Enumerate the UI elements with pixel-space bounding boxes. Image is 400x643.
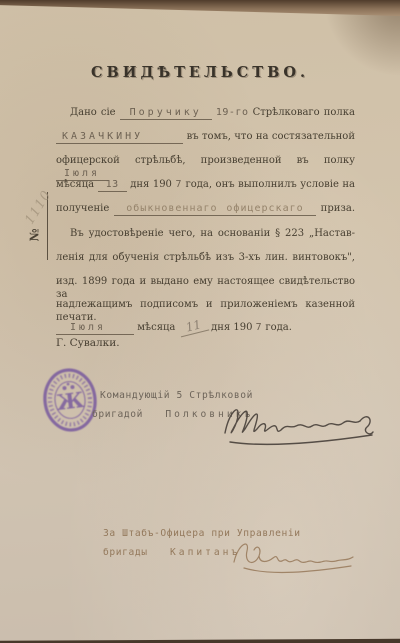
staff-officer-title-line-2: бригады Капитанъ (103, 547, 240, 558)
printed-text: года, онъ выполнилъ условіе на (186, 179, 356, 190)
typed-year-digit: 7 (256, 322, 263, 333)
document-photo: СВИДѢТЕЛЬСТВО. № 1110 Дано сіе Поручику … (0, 0, 400, 643)
typed-surname-insert: КАЗАЧКИНУ (56, 131, 183, 144)
printed-text: года. (265, 322, 292, 333)
form-line-1: Дано сіе Поручику 19-го Стрѣлковаго полк… (56, 106, 355, 119)
form-line-4: мѣсяца 13 дня 190 7 года, онъ выполнилъ … (56, 178, 355, 191)
printed-text: полученіе (56, 203, 109, 214)
typed-month-insert: Іюля (56, 322, 134, 335)
imperial-double-eagle-seal-icon: Ж (42, 366, 98, 434)
printed-text: дня 190 (211, 322, 252, 333)
captain-signature (226, 536, 362, 578)
form-line-3: офицерской стрѣльбѣ, произведенной въ по… (56, 154, 355, 180)
number-label: № (28, 228, 42, 241)
printed-text: мѣсяца (137, 322, 175, 333)
city-line: Г. Сувалки. (56, 337, 120, 349)
form-line-6: Въ удостовѣреніе чего, на основаніи § 22… (56, 227, 355, 240)
printed-text: мѣсяца (56, 179, 94, 190)
typed-regiment-number: 19-го (216, 107, 249, 118)
typed-prize-insert: обыкновеннаго офицерскаго (114, 203, 315, 216)
certificate-title: СВИДѢТЕЛЬСТВО. (0, 64, 400, 81)
typed-text: бригады (103, 547, 148, 558)
printed-text: офицерской стрѣльбѣ, произведенной въ по… (56, 155, 355, 166)
typed-year-digit: 7 (175, 179, 182, 190)
form-line-10-date: Іюля мѣсяца 11 дня 190 7 года. (56, 320, 355, 334)
typed-text: бригадой (92, 409, 143, 420)
form-line-7: ленія для обученія стрѣльбѣ изъ 3-хъ лин… (56, 251, 355, 264)
colonel-signature (220, 395, 376, 447)
form-line-5: полученіе обыкновеннаго офицерскаго приз… (56, 202, 355, 215)
form-line-2: КАЗАЧКИНУ въ томъ, что на состязательной (56, 130, 355, 143)
printed-text: дня 190 (130, 179, 172, 190)
printed-text: Дано сіе (70, 107, 116, 118)
typed-rank-insert: Поручику (120, 107, 212, 120)
printed-text: Стрѣлковаго полка (253, 107, 355, 118)
printed-text: въ томъ, что на состязательной (187, 131, 355, 142)
svg-text:Ж: Ж (55, 387, 86, 415)
printed-text: приза. (321, 203, 355, 214)
typed-day-insert: 13 (98, 179, 127, 192)
